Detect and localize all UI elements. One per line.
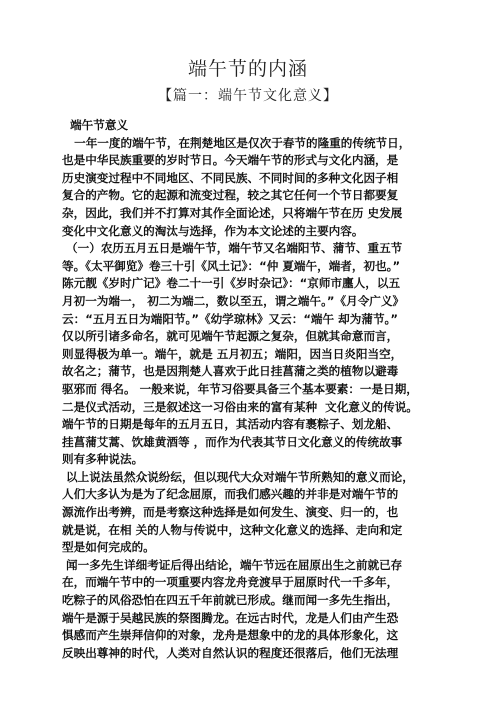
- document-title: 端午节的内涵: [0, 58, 496, 80]
- text-line: 杂，因此，我们并不打算对其作全面论述，只将端午节在历 史发展: [62, 205, 442, 223]
- text-line: 以上说法虽然众说纷纭，但以现代大众对端午节所熟知的意义而论，: [62, 469, 442, 487]
- text-line: 则有多种说法。: [62, 451, 442, 469]
- text-line: 陈元靓《岁时广记》卷二十一引《岁时杂记》：“京师市廛人，以五: [62, 275, 442, 293]
- document-body: 端午节意义 一年一度的端午节，在荆楚地区是仅次于春节的隆重的传统节日，也是中华民…: [62, 117, 442, 662]
- text-line: 二是仪式活动，三是叙述这一习俗由来的富有某种 文化意义的传说。: [62, 399, 442, 417]
- text-line: 闻一多先生详细考证后得出结论，端午节远在屈原出生之前就已存: [62, 557, 442, 575]
- text-line: 等。《太平御览》卷三十引《风土记》：“仲 夏端午，端者，初也。”: [62, 258, 442, 276]
- text-line: 复合的产物。它的起源和流变过程，较之其它任何一个节日都要复: [62, 187, 442, 205]
- text-line: 在，而端午节中的一项重要内容龙舟竞渡早于屈原时代一千多年，: [62, 574, 442, 592]
- text-line: 就是说，在相 关的人物与传说中，这种文化意义的选择、走向和定: [62, 522, 442, 540]
- section-heading: 端午节意义: [62, 117, 442, 135]
- text-line: 挂菖蒲艾蒿、饮雄黄酒等 ，而作为代表其节日文化意义的传统故事: [62, 434, 442, 452]
- text-line: 反映出尊神的时代，人类对自然认识的程度还很落后，他们无法理: [62, 645, 442, 663]
- text-line: 云：“五月五日为端阳节。”《幼学琼林》又云：“端午 却为蒲节。”: [62, 311, 442, 329]
- document-subtitle: 【篇一：端午节文化意义】: [0, 87, 496, 105]
- text-line: 型是如何完成的。: [62, 539, 442, 557]
- text-line: 则显得极为单一。端午，就是 五月初五；端阳，因当日炎阳当空，: [62, 346, 442, 364]
- text-line: 吃粽子的风俗恐怕在四五千年前就已形成。继而闻一多先生指出，: [62, 592, 442, 610]
- text-line: （一）农历五月五日是端午节，端午节又名端阳节、蒲节、重五节: [62, 240, 442, 258]
- text-line: 人们大多认为是为了纪念屈原，而我们感兴趣的并非是对端午节的: [62, 486, 442, 504]
- text-line: 端午节的日期是每年的五月五日，其活动内容有裹粽子、划龙船、: [62, 416, 442, 434]
- text-line: 故名之；蒲节，也是因荆楚人喜欢于此日挂菖蒲之类的植物以避毒: [62, 363, 442, 381]
- text-line: 月初一为端一， 初二为端二，数以至五，谓之端午。”《月令广义》: [62, 293, 442, 311]
- text-line: 驱邪而 得名。 一般来说，年节习俗要具备三个基本要素：一是日期，: [62, 381, 442, 399]
- text-line: 历史演变过程中不同地区、不同民族、不同时间的多种文化因子相: [62, 170, 442, 188]
- text-line: 一年一度的端午节，在荆楚地区是仅次于春节的隆重的传统节日，: [62, 135, 442, 153]
- text-line: 仅以所引诸多命名，就可见端午节起源之复杂，但就其命意而言，: [62, 328, 442, 346]
- document-page: 端午节的内涵 【篇一：端午节文化意义】 端午节意义 一年一度的端午节，在荆楚地区…: [0, 0, 496, 702]
- text-line: 也是中华民族重要的岁时节日。今天端午节的形式与文化内涵，是: [62, 152, 442, 170]
- text-line: 变化中文化意义的淘汰与选择，作为本文论述的主要内容。: [62, 223, 442, 241]
- text-line: 端午是源于吴越民族的祭图腾龙。在远古时代，龙是人们由产生恐: [62, 610, 442, 628]
- text-line: 惧感而产生崇拜信仰的对象，龙舟是想象中的龙的具体形象化，这: [62, 627, 442, 645]
- text-line: 源流作出考辨，而是考察这种选择是如何发生、演变、归一的，也: [62, 504, 442, 522]
